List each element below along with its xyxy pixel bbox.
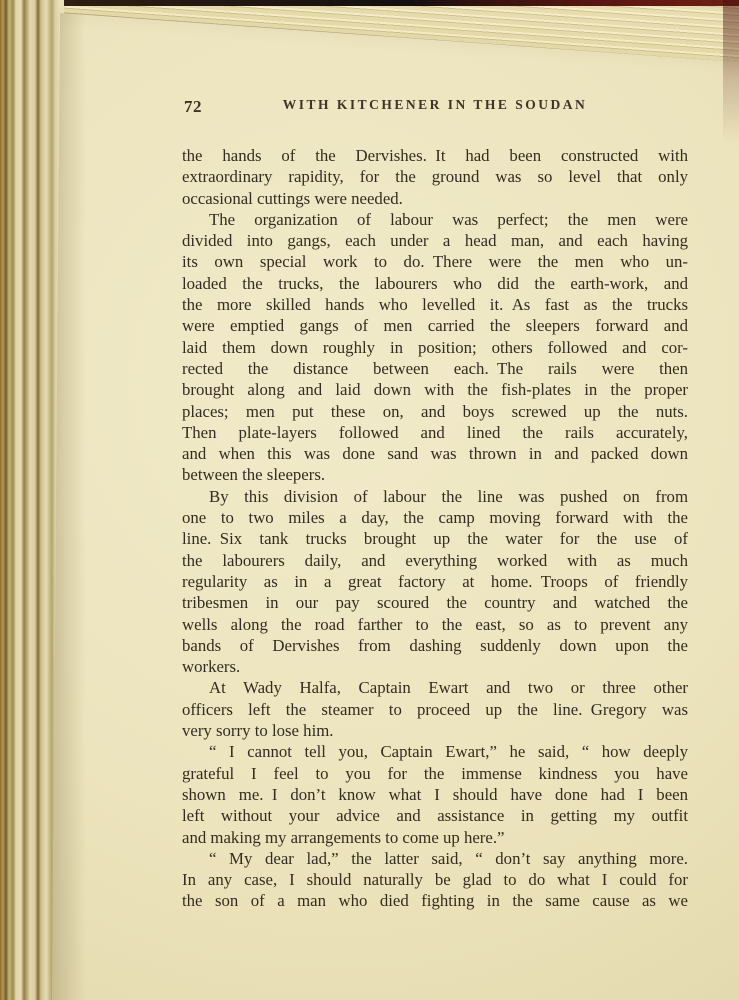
text-line: The organization of labour was perfect; …	[182, 209, 688, 230]
text-line: shown me. I don’t know what I should hav…	[182, 784, 688, 805]
text-line: one to two miles a day, the camp moving …	[182, 507, 688, 528]
running-header: WITH KITCHENER IN THE SOUDAN	[182, 97, 688, 113]
text-line: At Wady Halfa, Captain Ewart and two or …	[182, 677, 688, 698]
book-page: 72 WITH KITCHENER IN THE SOUDAN the hand…	[0, 0, 739, 1000]
text-line: the more skilled hands who levelled it. …	[182, 294, 688, 315]
text-line: grateful I feel to you for the immense k…	[182, 763, 688, 784]
text-line: laid them down roughly in position; othe…	[182, 337, 688, 358]
text-line: loaded the trucks, the labourers who did…	[182, 273, 688, 294]
top-right-corner-shadow	[723, 0, 739, 150]
text-line: extraordinary rapidity, for the ground w…	[182, 166, 688, 187]
text-line: line. Six tank trucks brought up the wat…	[182, 528, 688, 549]
text-line: workers.	[182, 656, 688, 677]
text-line: By this division of labour the line was …	[182, 486, 688, 507]
page-header: 72 WITH KITCHENER IN THE SOUDAN	[182, 97, 688, 119]
text-line: and making my arrangements to come up he…	[182, 827, 688, 848]
text-line: “ I cannot tell you, Captain Ewart,” he …	[182, 741, 688, 762]
text-line: rected the distance between each. The ra…	[182, 358, 688, 379]
text-line: regularity as in a great factory at home…	[182, 571, 688, 592]
text-line: occasional cuttings were needed.	[182, 188, 688, 209]
page-number: 72	[184, 97, 202, 117]
text-line: “ My dear lad,” the latter said, “ don’t…	[182, 848, 688, 869]
page-text-block: the hands of the Dervishes. It had been …	[182, 145, 688, 912]
text-line: the labourers daily, and everything work…	[182, 550, 688, 571]
text-line: Then plate-layers followed and lined the…	[182, 422, 688, 443]
book-scan: 72 WITH KITCHENER IN THE SOUDAN the hand…	[0, 0, 739, 1000]
text-line: officers left the steamer to proceed up …	[182, 699, 688, 720]
text-line: between the sleepers.	[182, 464, 688, 485]
text-line: and when this was done sand was thrown i…	[182, 443, 688, 464]
text-line: very sorry to lose him.	[182, 720, 688, 741]
text-line: brought along and laid down with the fis…	[182, 379, 688, 400]
text-line: the hands of the Dervishes. It had been …	[182, 145, 688, 166]
text-line: places; men put these on, and boys screw…	[182, 401, 688, 422]
text-line: left without your advice and assistance …	[182, 805, 688, 826]
text-line: wells along the road farther to the east…	[182, 614, 688, 635]
text-line: divided into gangs, each under a head ma…	[182, 230, 688, 251]
text-line: bands of Dervishes from dashing suddenly…	[182, 635, 688, 656]
text-line: its own special work to do. There were t…	[182, 251, 688, 272]
text-line: In any case, I should naturally be glad …	[182, 869, 688, 890]
text-line: tribesmen in our pay scoured the country…	[182, 592, 688, 613]
text-line: were emptied gangs of men carried the sl…	[182, 315, 688, 336]
text-line: the son of a man who died fighting in th…	[182, 890, 688, 911]
